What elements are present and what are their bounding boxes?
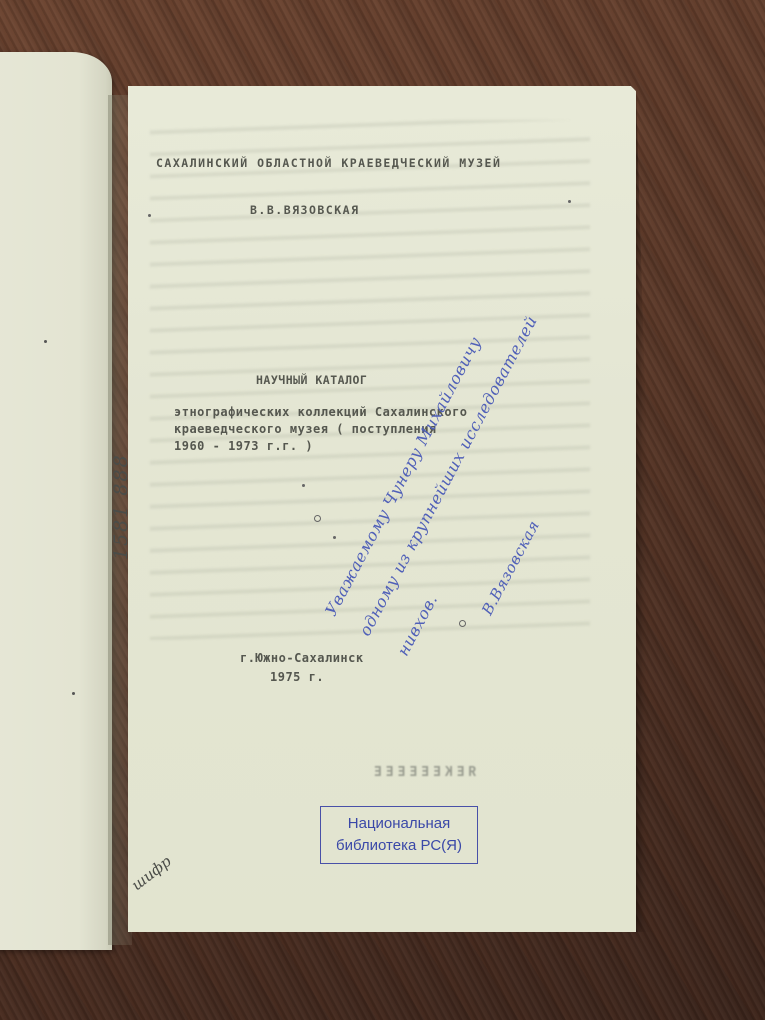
stamp-line-1: Национальная — [321, 813, 477, 835]
catalog-title: НАУЧНЫЙ КАТАЛОГ — [256, 373, 367, 387]
publication-year: 1975 г. — [270, 670, 324, 684]
paper-speck — [333, 536, 336, 539]
left-page — [0, 52, 112, 950]
inventory-number: 1581 888 — [110, 453, 132, 560]
show-through-text — [150, 120, 590, 640]
paper-hole — [314, 515, 321, 522]
mirrored-bleed-text: ЯЕКЕЕЕЕЕЕ — [370, 765, 476, 780]
paper-speck — [302, 484, 305, 487]
stamp-line-2: библиотека РС(Я) — [321, 835, 477, 857]
author-name: В.В.ВЯЗОВСКАЯ — [250, 203, 360, 217]
paper-speck — [44, 340, 47, 343]
paper-speck — [568, 200, 571, 203]
library-stamp: Национальная библиотека РС(Я) — [320, 806, 478, 864]
paper-speck — [72, 692, 75, 695]
publication-city: г.Южно-Сахалинск — [240, 651, 364, 665]
museum-name: САХАЛИНСКИЙ ОБЛАСТНОЙ КРАЕВЕДЧЕСКИЙ МУЗЕ… — [156, 156, 501, 170]
paper-speck — [148, 214, 151, 217]
paper-hole — [459, 620, 466, 627]
